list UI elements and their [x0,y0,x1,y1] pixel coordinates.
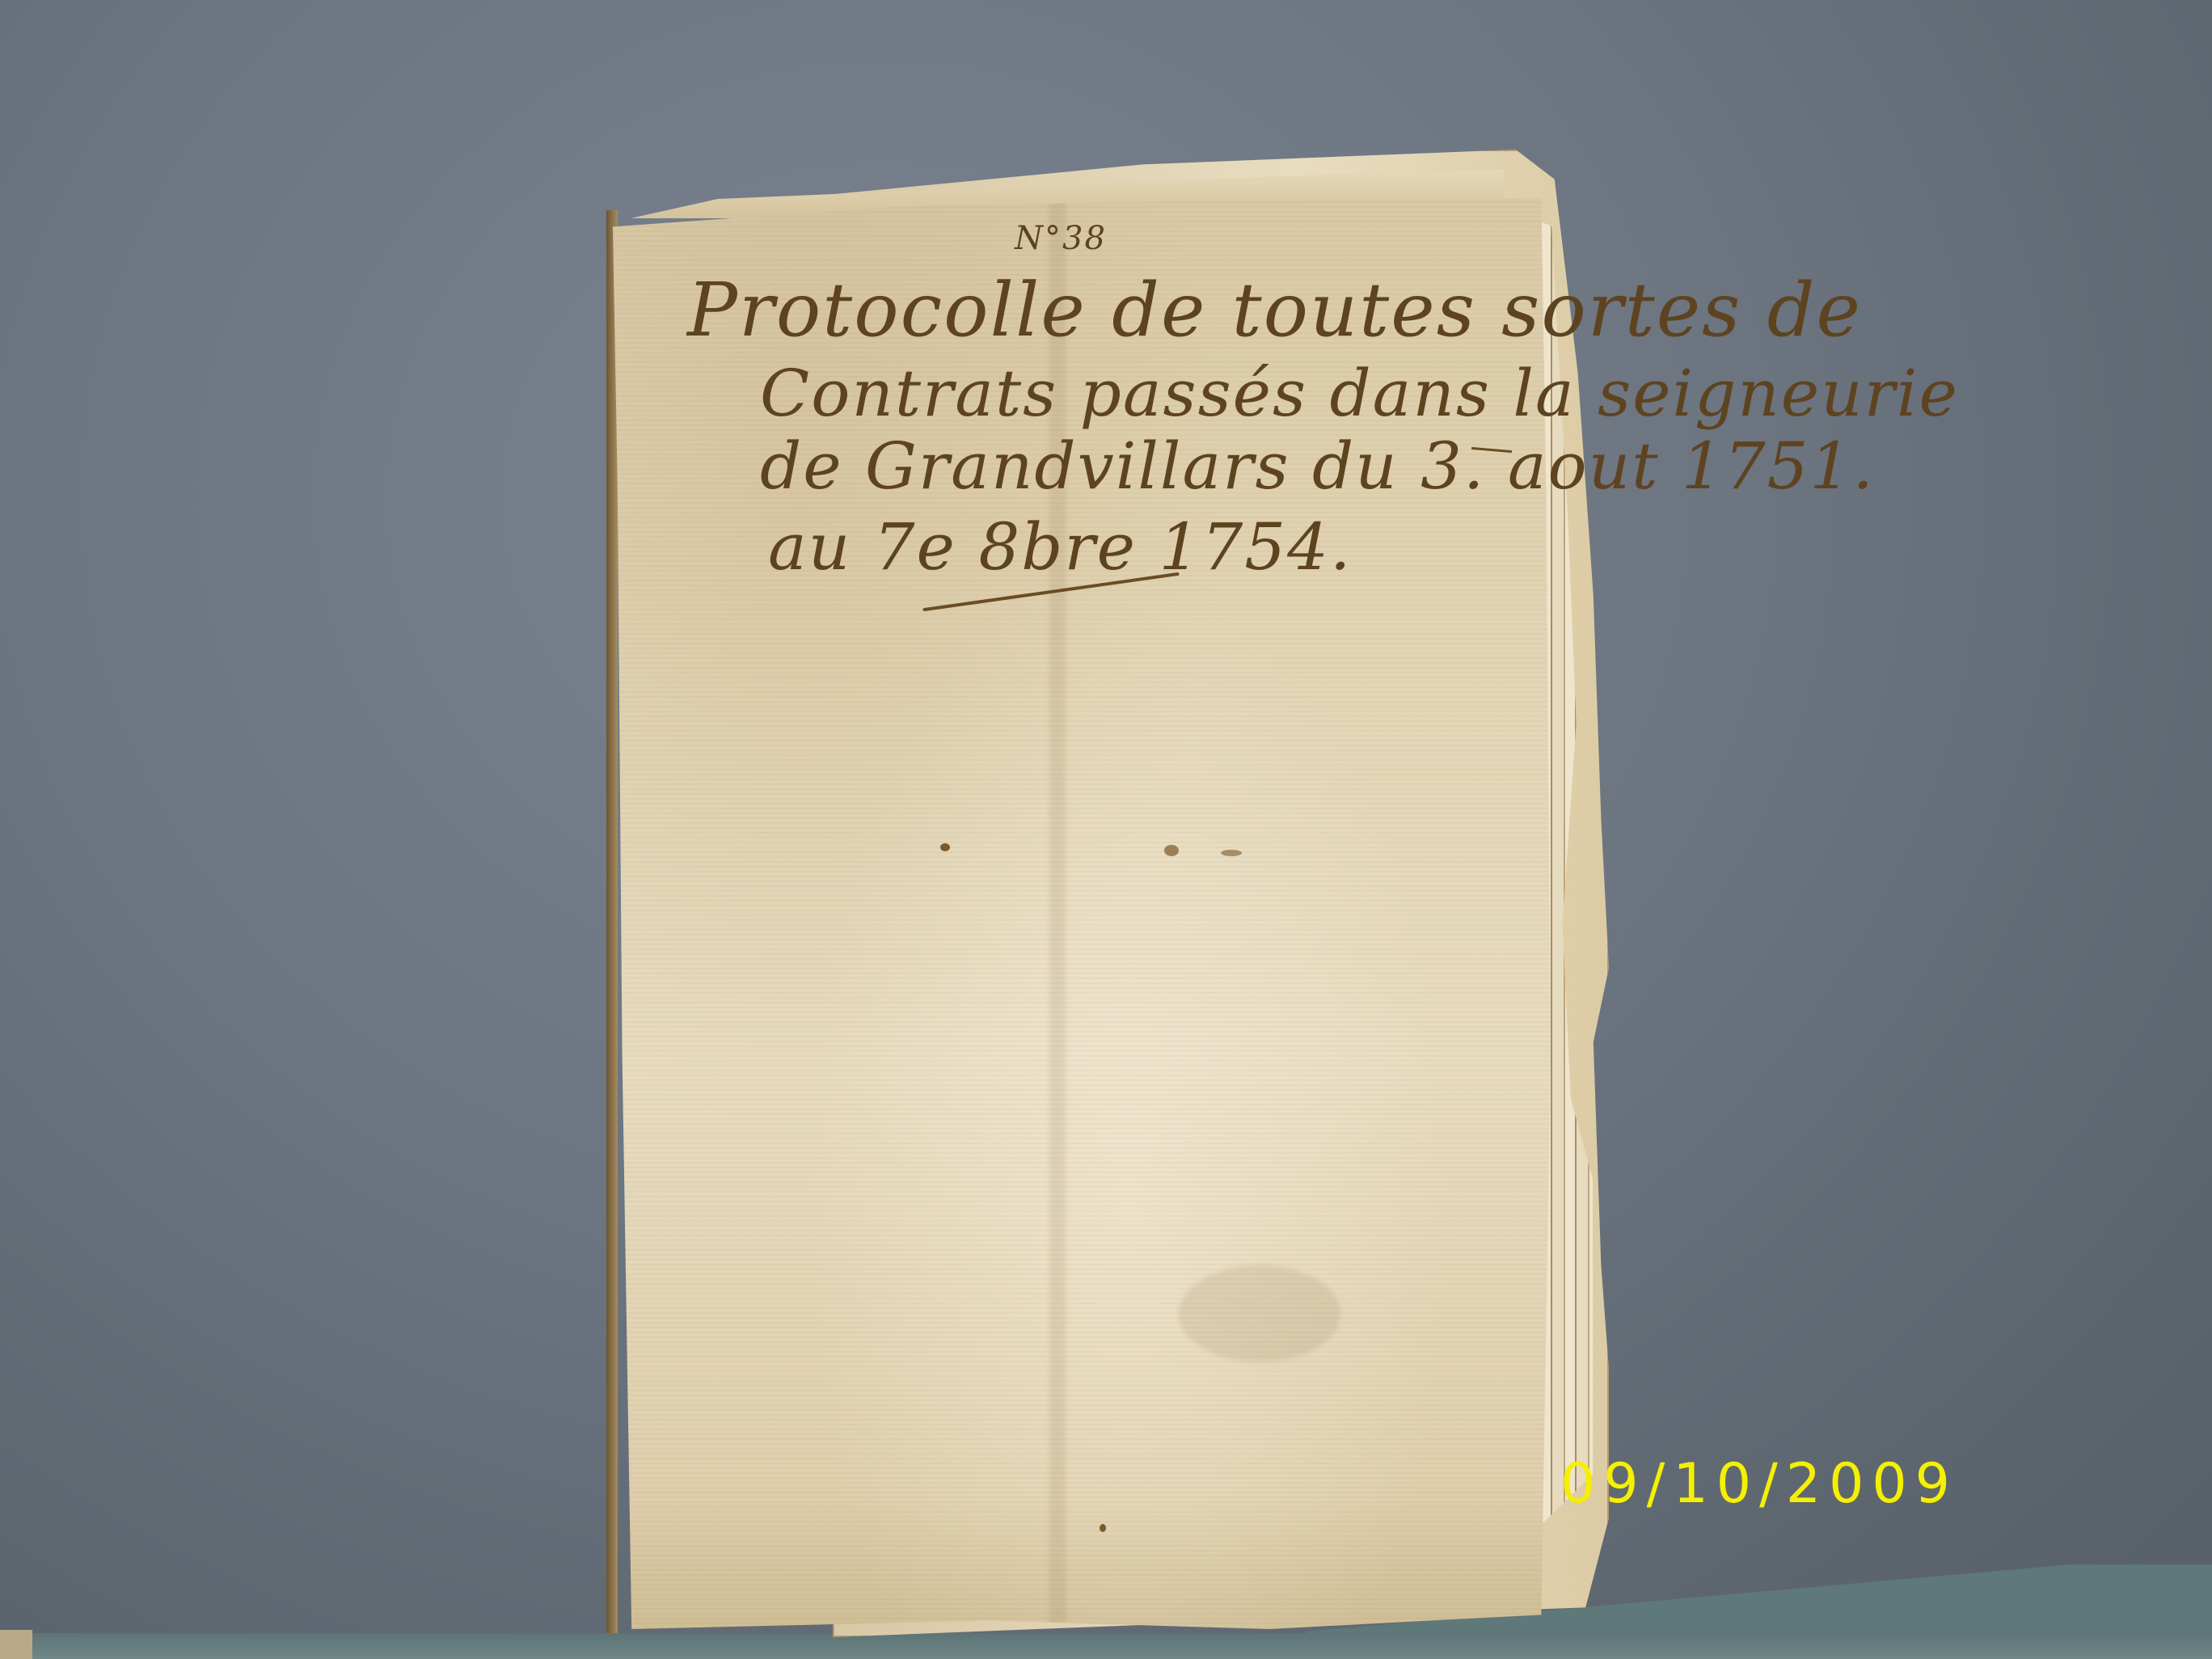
binding-edge [606,210,618,1633]
title-line-4: au 7e 8bre 1754. [768,509,1352,585]
title-line-2: Contrats passés dans la seigneurie [760,356,1959,431]
ink-spot [940,843,950,851]
paper-wrinkle [1179,1265,1340,1362]
inventory-number: N°38 [1015,220,1107,257]
title-line-1: Protocolle de toutes sortes de [687,267,1862,353]
title-line-3: de Grandvillars du 3. aout 1751. [760,428,1875,504]
ink-spot [1100,1524,1106,1532]
camera-date-stamp: 09/10/2009 [1560,1452,1958,1516]
ink-spot [1164,845,1179,856]
shelf-surface [0,1633,2212,1659]
ink-spot [1221,850,1242,856]
shelf-corner [0,1630,32,1659]
